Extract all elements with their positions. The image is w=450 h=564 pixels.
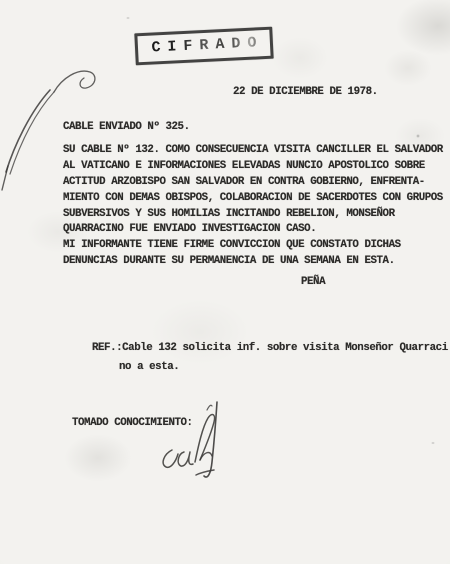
reference-line-1: REF.:Cable 132 solicita inf. sobre visit… [92, 342, 448, 354]
reference-line-2: no a esta. [119, 361, 179, 373]
body-line: SUBVERSIVOS Y SUS HOMILIAS INCITANDO REB… [63, 207, 448, 223]
body-line: AL VATICANO E INFORMACIONES ELEVADAS NUN… [63, 159, 448, 175]
cable-number-line: CABLE ENVIADO Nº 325. [63, 121, 190, 133]
cable-body: SU CABLE Nº 132. COMO CONSECUENCIA VISIT… [63, 143, 448, 270]
scanned-cable-page: CIFRADO 22 DE DICIEMBRE DE 1978. CABLE E… [0, 0, 450, 564]
body-line: DENUNCIAS DURANTE SU PERMANENCIA DE UNA … [63, 254, 448, 270]
body-line: ACTITUD ARZOBISPO SAN SALVADOR EN CONTRA… [63, 175, 448, 191]
cifrado-stamp-label: CIFRADO [144, 34, 264, 57]
signoff-name: PEÑA [301, 276, 325, 288]
body-line: SU CABLE Nº 132. COMO CONSECUENCIA VISIT… [63, 143, 448, 159]
body-line: QUARRACINO FUE ENVIADO INVESTIGACION CAS… [63, 222, 448, 238]
date-line: 22 DE DICIEMBRE DE 1978. [233, 86, 378, 98]
body-line: MIENTO CON DEMAS OBISPOS, COLABORACION D… [63, 191, 448, 207]
body-line: MI INFORMANTE TIENE FIRME CONVICCION QUE… [63, 238, 448, 254]
handwritten-signature [150, 388, 250, 493]
cifrado-stamp: CIFRADO [134, 27, 273, 66]
